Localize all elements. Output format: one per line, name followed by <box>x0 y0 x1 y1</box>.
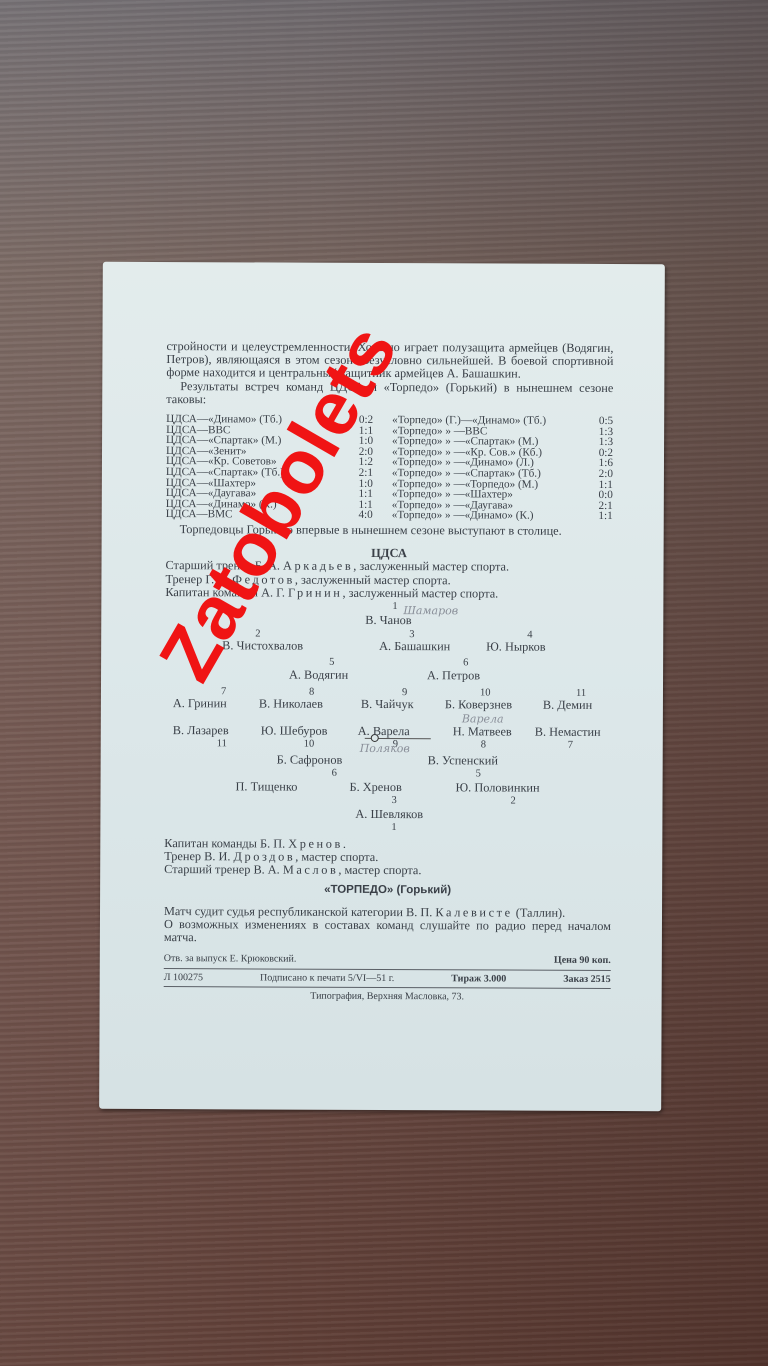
player-torpedo-10: Ю. Шебуров <box>261 724 328 737</box>
result-row: «Торпедо» » —«Динамо» (К.)1:1 <box>392 510 613 522</box>
player-cdsa-9: В. Чайчук <box>361 698 414 711</box>
print-run: Тираж 3.000 <box>451 972 506 985</box>
license-number: Л 100275 <box>164 971 203 984</box>
handwritten-note: Поляков <box>360 742 410 755</box>
editor-credit: Отв. за выпуск Е. Крюковский. <box>164 952 297 966</box>
signed-date: Подписано к печати 5/VI—51 г. <box>260 971 394 985</box>
player-torpedo-11: В. Лазарев <box>173 724 229 737</box>
printer-address: Типография, Верхняя Масловка, 73. <box>164 989 611 1004</box>
player-cdsa-7: А. Гринин <box>173 697 227 710</box>
player-torpedo-7: В. Немастин <box>535 726 601 739</box>
footer-print-row: Л 100275 Подписано к печати 5/VI—51 г. Т… <box>164 971 611 986</box>
handwritten-note: Шамаров <box>403 604 458 617</box>
player-cdsa-11: В. Демин <box>543 699 592 712</box>
order-number: Заказ 2515 <box>563 972 610 985</box>
player-cdsa-3: А. Башашкин <box>379 640 450 654</box>
price: Цена 90 коп. <box>554 954 611 967</box>
player-cdsa-8: В. Николаев <box>259 697 323 710</box>
player-torpedo-4: П. Тищенко <box>236 780 298 793</box>
player-torpedo-3: Б. Хренов <box>350 781 402 794</box>
results-torpedo-column: «Торпедо» (Г.)—«Динамо» (Тб.)0:5 «Торпед… <box>387 415 613 522</box>
player-cdsa-6: А. Петров <box>427 669 480 682</box>
player-torpedo-9: А. Варела <box>358 725 410 738</box>
player-torpedo-8: Н. Матвеев <box>453 725 512 738</box>
player-torpedo-2: Ю. Половинкин <box>456 781 540 795</box>
radio-note: О возможных изменениях в составах команд… <box>164 918 611 946</box>
player-torpedo-6: Б. Сафронов <box>277 754 343 767</box>
torpedo-title: «ТОРПЕДО» (Горький) <box>164 883 611 898</box>
player-torpedo-5: В. Успенский <box>428 754 498 768</box>
player-cdsa-5: А. Водягин <box>289 669 348 682</box>
player-cdsa-4: Ю. Нырков <box>486 640 545 653</box>
torpedo-senior-coach: Старший тренер В. А. Маслов, мастер спор… <box>164 863 611 878</box>
programme-content: стройности и целеустремленности. Хорошо … <box>164 340 614 1004</box>
footer-editor-row: Отв. за выпуск Е. Крюковский. Цена 90 ко… <box>164 952 611 967</box>
player-cdsa-10: Б. Коверзнев <box>445 698 512 711</box>
player-torpedo-1: А. Шевляков <box>355 808 423 821</box>
